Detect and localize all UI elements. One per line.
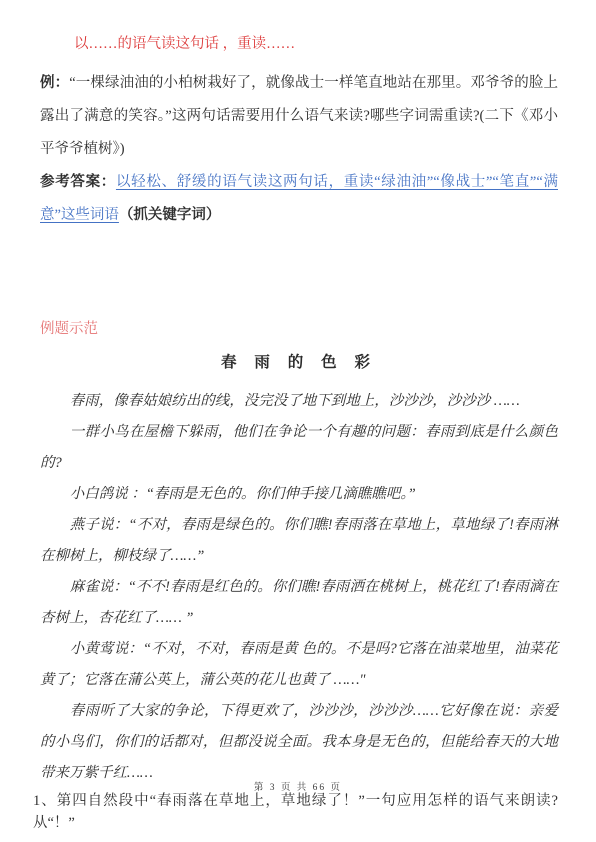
- page-number: 第 3 页 共 66 页: [0, 779, 596, 793]
- story-title: 春 雨 的 色 彩: [40, 352, 558, 374]
- document-page: 以……的语气读这句话 ，重读…… 例：“一棵绿油油的小柏树栽好了，就像战士一样笔…: [0, 0, 596, 842]
- story-paragraph-3: 小白鸽说 ：“春雨是无色的。你们伸手接几滴瞧瞧吧。”: [40, 479, 558, 510]
- story-paragraph-1: 春雨，像春姑娘纺出的线，没完没了地下到地上，沙沙沙，沙沙沙 ……: [40, 386, 558, 417]
- story-paragraph-4: 燕子说：“不对，春雨是绿色的。你们瞧!春雨落在草地上，草地绿了!春雨淋在柳树上，…: [40, 510, 558, 572]
- section-heading: 例题示范: [40, 319, 558, 339]
- answer-key-note: （抓关键字词）: [119, 207, 221, 223]
- question-1: 1、第四自然段中“春雨落在草地上，草地绿了！”一句应用怎样的语气来朗读?从“！”: [33, 790, 558, 834]
- tone-instruction-note: 以……的语气读这句话 ，重读……: [74, 34, 558, 54]
- example-text: “一棵绿油油的小柏树栽好了，就像战士一样笔直地站在那里。邓爷爷的脸上露出了满意的…: [40, 75, 558, 157]
- example-label: 例：: [40, 75, 69, 91]
- story-paragraph-6: 小黄莺说：“不对，不对，春雨是黄 色的。不是吗?它落在油菜地里，油菜花黄了；它落…: [40, 634, 558, 696]
- answer-paragraph: 参考答案：以轻松、舒缓的语气读这两句话，重读“绿油油”“像战士”“笔直”“满意”…: [40, 166, 558, 232]
- answer-label: 参考答案：: [40, 174, 116, 190]
- example-paragraph: 例：“一棵绿油油的小柏树栽好了，就像战士一样笔直地站在那里。邓爷爷的脸上露出了满…: [40, 67, 558, 166]
- story-paragraph-7: 春雨听了大家的争论，下得更欢了，沙沙沙，沙沙沙……它好像在说：亲爱的小鸟们，你们…: [40, 696, 558, 789]
- answer-underlined-text: 以轻松、舒缓的语气读这两句话，重读“绿油油”“像战士”“笔直”“满意”这些词语: [40, 174, 558, 223]
- story-paragraph-2: 一群小鸟在屋檐下躲雨，他们在争论一个有趣的问题：春雨到底是什么颜色的?: [40, 417, 558, 479]
- story-paragraph-5: 麻雀说：“不不!春雨是红色的。你们瞧!春雨洒在桃树上，桃花红了!春雨滴在杏树上，…: [40, 572, 558, 634]
